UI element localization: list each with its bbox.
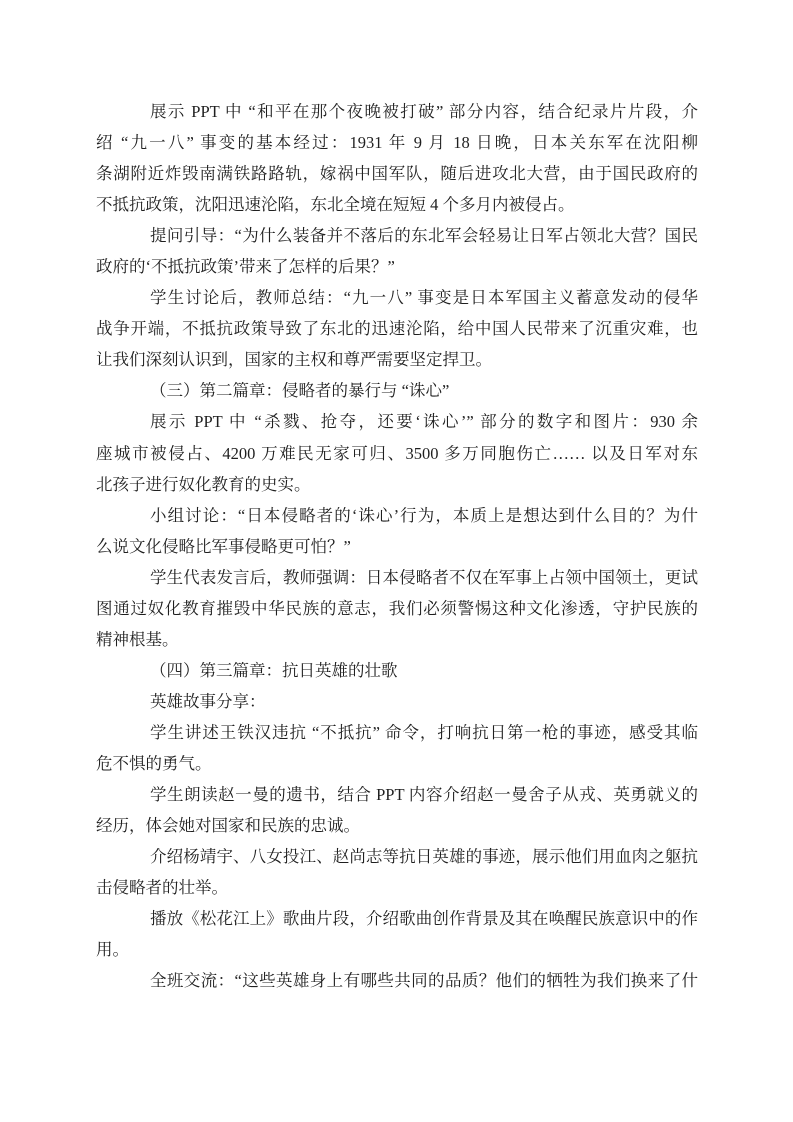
paragraph-14-continues-next-page: 全班交流：“这些英雄身上有哪些共同的品质？他们的牺牲为我们换来了什 bbox=[96, 965, 698, 996]
text-line: 条湖附近炸毁南满铁路路轨，嫁祸中国军队，随后进攻北大营，由于国民政府的 bbox=[96, 158, 698, 189]
text-line: 学生讨论后，教师总结：“九一八” 事变是日本军国主义蓄意发动的侵华 bbox=[96, 282, 698, 313]
text-line: 么说文化侵略比军事侵略更可怕？” bbox=[96, 531, 698, 562]
text-line: 小组讨论：“日本侵略者的‘诛心’行为，本质上是想达到什么目的？为什 bbox=[96, 500, 698, 531]
text-line: 危不惧的勇气。 bbox=[96, 748, 698, 779]
paragraph-1: 展示 PPT 中 “和平在那个夜晚被打破” 部分内容，结合纪录片片段，介 绍 “… bbox=[96, 96, 698, 220]
document-text: 展示 PPT 中 “和平在那个夜晚被打破” 部分内容，结合纪录片片段，介 绍 “… bbox=[96, 96, 698, 996]
text-line: 经历，体会她对国家和民族的忠诚。 bbox=[96, 810, 698, 841]
text-line: 全班交流：“这些英雄身上有哪些共同的品质？他们的牺牲为我们换来了什 bbox=[96, 965, 698, 996]
paragraph-2: 提问引导：“为什么装备并不落后的东北军会轻易让日军占领北大营？国民 政府的‘不抵… bbox=[96, 220, 698, 282]
paragraph-9: 英雄故事分享： bbox=[96, 686, 698, 717]
paragraph-6: 小组讨论：“日本侵略者的‘诛心’行为，本质上是想达到什么目的？为什 么说文化侵略… bbox=[96, 500, 698, 562]
text-line: 播放《松花江上》歌曲片段，介绍歌曲创作背景及其在唤醒民族意识中的作 bbox=[96, 903, 698, 934]
text-line: 击侵略者的壮举。 bbox=[96, 872, 698, 903]
text-line: 英雄故事分享： bbox=[96, 686, 698, 717]
text-line: 不抵抗政策，沈阳迅速沦陷，东北全境在短短 4 个多月内被侵占。 bbox=[96, 189, 698, 220]
text-line: 用。 bbox=[96, 934, 698, 965]
text-line: 北孩子进行奴化教育的史实。 bbox=[96, 469, 698, 500]
text-line: 战争开端，不抵抗政策导致了东北的迅速沦陷，给中国人民带来了沉重灾难，也 bbox=[96, 313, 698, 344]
paragraph-4-section-heading: （三）第二篇章：侵略者的暴行与 “诛心” bbox=[96, 375, 698, 406]
paragraph-5: 展示 PPT 中 “杀戮、抢夺，还要‘诛心’” 部分的数字和图片：930 余 座… bbox=[96, 406, 698, 499]
text-line: 座城市被侵占、4200 万难民无家可归、3500 多万同胞伤亡…… 以及日军对东 bbox=[96, 438, 698, 469]
paragraph-3: 学生讨论后，教师总结：“九一八” 事变是日本军国主义蓄意发动的侵华 战争开端，不… bbox=[96, 282, 698, 375]
text-line: 提问引导：“为什么装备并不落后的东北军会轻易让日军占领北大营？国民 bbox=[96, 220, 698, 251]
text-line: 让我们深刻认识到，国家的主权和尊严需要坚定捍卫。 bbox=[96, 344, 698, 375]
document-page: 展示 PPT 中 “和平在那个夜晚被打破” 部分内容，结合纪录片片段，介 绍 “… bbox=[0, 0, 793, 1122]
paragraph-13: 播放《松花江上》歌曲片段，介绍歌曲创作背景及其在唤醒民族意识中的作 用。 bbox=[96, 903, 698, 965]
paragraph-12: 介绍杨靖宇、八女投江、赵尚志等抗日英雄的事迹，展示他们用血肉之躯抗 击侵略者的壮… bbox=[96, 841, 698, 903]
text-line: 图通过奴化教育摧毁中华民族的意志，我们必须警惕这种文化渗透，守护民族的 bbox=[96, 593, 698, 624]
paragraph-8-section-heading: （四）第三篇章：抗日英雄的壮歌 bbox=[96, 655, 698, 686]
text-line: 学生讲述王铁汉违抗 “不抵抗” 命令，打响抗日第一枪的事迹，感受其临 bbox=[96, 717, 698, 748]
text-line: （三）第二篇章：侵略者的暴行与 “诛心” bbox=[96, 375, 698, 406]
text-line: 学生朗读赵一曼的遗书，结合 PPT 内容介绍赵一曼舍子从戎、英勇就义的 bbox=[96, 779, 698, 810]
paragraph-7: 学生代表发言后，教师强调：日本侵略者不仅在军事上占领中国领土，更试 图通过奴化教… bbox=[96, 562, 698, 655]
text-line: 绍 “九一八” 事变的基本经过：1931 年 9 月 18 日晚，日本关东军在沈… bbox=[96, 127, 698, 158]
paragraph-10: 学生讲述王铁汉违抗 “不抵抗” 命令，打响抗日第一枪的事迹，感受其临 危不惧的勇… bbox=[96, 717, 698, 779]
text-line: 展示 PPT 中 “和平在那个夜晚被打破” 部分内容，结合纪录片片段，介 bbox=[96, 96, 698, 127]
text-line: （四）第三篇章：抗日英雄的壮歌 bbox=[96, 655, 698, 686]
paragraph-11: 学生朗读赵一曼的遗书，结合 PPT 内容介绍赵一曼舍子从戎、英勇就义的 经历，体… bbox=[96, 779, 698, 841]
text-line: 政府的‘不抵抗政策’带来了怎样的后果？” bbox=[96, 251, 698, 282]
text-line: 介绍杨靖宇、八女投江、赵尚志等抗日英雄的事迹，展示他们用血肉之躯抗 bbox=[96, 841, 698, 872]
text-line: 学生代表发言后，教师强调：日本侵略者不仅在军事上占领中国领土，更试 bbox=[96, 562, 698, 593]
text-line: 精神根基。 bbox=[96, 624, 698, 655]
text-line: 展示 PPT 中 “杀戮、抢夺，还要‘诛心’” 部分的数字和图片：930 余 bbox=[96, 406, 698, 437]
